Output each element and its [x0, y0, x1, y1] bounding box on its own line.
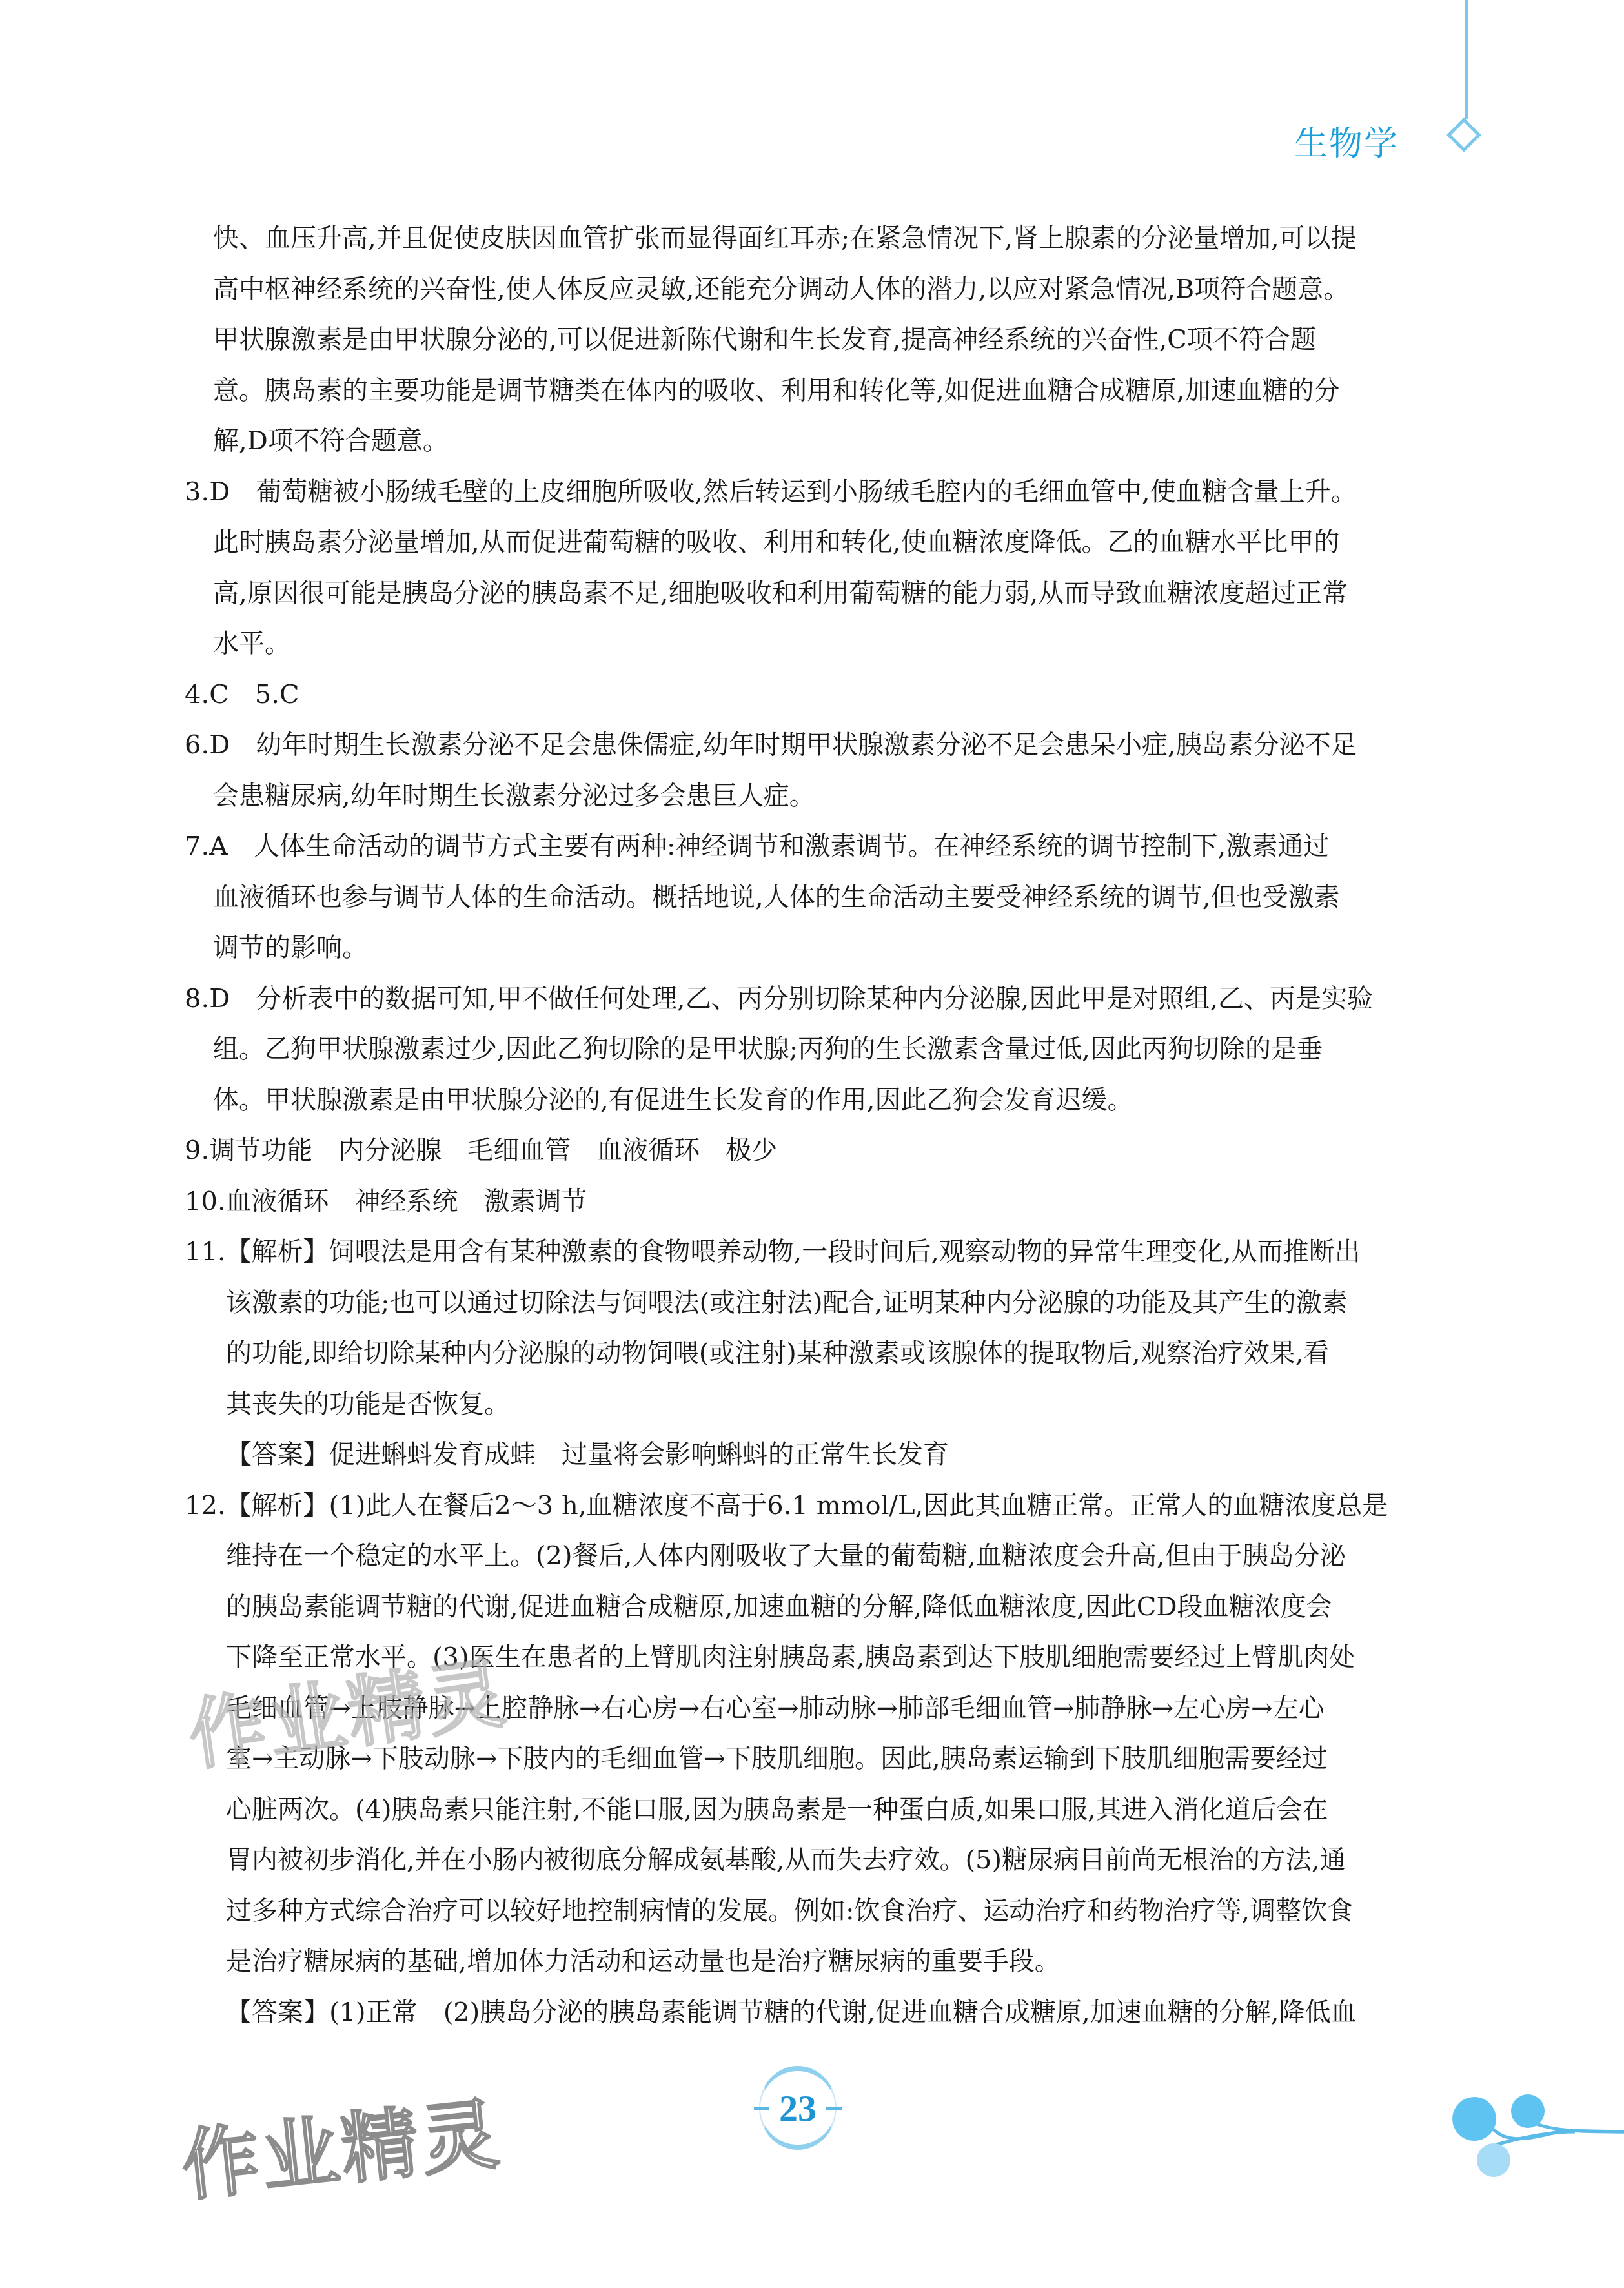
- text-line: 该激素的功能;也可以通过切除法与饲喂法(或注射法)配合,证明某种内分泌腺的功能及…: [185, 1278, 1411, 1329]
- text-line: 的功能,即给切除某种内分泌腺的动物饲喂(或注射)某种激素或该腺体的提取物后,观察…: [185, 1328, 1411, 1379]
- text-line: 胃内被初步消化,并在小肠内被彻底分解成氨基酸,从而失去疗效。(5)糖尿病目前尚无…: [185, 1835, 1411, 1886]
- diamond-icon: [1446, 117, 1481, 152]
- text-line: 维持在一个稳定的水平上。(2)餐后,人体内刚吸收了大量的葡萄糖,血糖浓度会升高,…: [185, 1531, 1411, 1582]
- text-line: 甲状腺激素是由甲状腺分泌的,可以促进新陈代谢和生长发育,提高神经系统的兴奋性,C…: [185, 314, 1411, 365]
- text-line: 其丧失的功能是否恢复。: [185, 1379, 1411, 1430]
- page-number: 23: [753, 2087, 843, 2130]
- text-line: 4.C 5.C: [185, 669, 1411, 720]
- text-line: 的胰岛素能调节糖的代谢,促进血糖合成糖原,加速血糖的分解,降低血糖浓度,因此CD…: [185, 1582, 1411, 1633]
- text-line: 7.A 人体生命活动的调节方式主要有两种:神经调节和激素调节。在神经系统的调节控…: [185, 821, 1411, 872]
- page-number-badge: 23: [753, 2066, 843, 2156]
- text-line: 11.【解析】饲喂法是用含有某种激素的食物喂养动物,一段时间后,观察动物的异常生…: [185, 1227, 1411, 1278]
- text-line: 快、血压升高,并且促使皮肤因血管扩张而显得面红耳赤;在紧急情况下,肾上腺素的分泌…: [185, 213, 1411, 264]
- text-line: 6.D 幼年时期生长激素分泌不足会患侏儒症,幼年时期甲状腺激素分泌不足会患呆小症…: [185, 720, 1411, 771]
- text-line: 12.【解析】(1)此人在餐后2～3 h,血糖浓度不高于6.1 mmol/L,因…: [185, 1480, 1411, 1531]
- subject-title: 生物学: [1294, 116, 1399, 165]
- text-line: 9.调节功能 内分泌腺 毛细血管 血液循环 极少: [185, 1125, 1411, 1176]
- text-line: 3.D 葡萄糖被小肠绒毛壁的上皮细胞所吸收,然后转运到小肠绒毛腔内的毛细血管中,…: [185, 467, 1411, 518]
- text-line: 【答案】(1)正常 (2)胰岛分泌的胰岛素能调节糖的代谢,促进血糖合成糖原,加速…: [185, 1987, 1411, 2038]
- text-line: 10.血液循环 神经系统 激素调节: [185, 1176, 1411, 1227]
- text-line: 体。甲状腺激素是由甲状腺分泌的,有促进生长发育的作用,因此乙狗会发育迟缓。: [185, 1075, 1411, 1126]
- text-line: 过多种方式综合治疗可以较好地控制病情的发展。例如:饮食治疗、运动治疗和药物治疗等…: [185, 1886, 1411, 1937]
- answer-content: 快、血压升高,并且促使皮肤因血管扩张而显得面红耳赤;在紧急情况下,肾上腺素的分泌…: [185, 213, 1411, 2038]
- text-line: 组。乙狗甲状腺激素过少,因此乙狗切除的是甲状腺;丙狗的生长激素含量过低,因此丙狗…: [185, 1024, 1411, 1075]
- text-line: 是治疗糖尿病的基础,增加体力活动和运动量也是治疗糖尿病的重要手段。: [185, 1936, 1411, 1987]
- text-line: 意。胰岛素的主要功能是调节糖类在体内的吸收、利用和转化等,如促进血糖合成糖原,加…: [185, 365, 1411, 416]
- text-line: 高,原因很可能是胰岛分泌的胰岛素不足,细胞吸收和利用葡萄糖的能力弱,从而导致血糖…: [185, 568, 1411, 619]
- text-line: 心脏两次。(4)胰岛素只能注射,不能口服,因为胰岛素是一种蛋白质,如果口服,其进…: [185, 1784, 1411, 1835]
- text-line: 此时胰岛素分泌量增加,从而促进葡萄糖的吸收、利用和转化,使血糖浓度降低。乙的血糖…: [185, 517, 1411, 568]
- text-line: 水平。: [185, 618, 1411, 669]
- text-line: 【答案】促进蝌蚪发育成蛙 过量将会影响蝌蚪的正常生长发育: [185, 1429, 1411, 1480]
- header-vertical-line: [1465, 0, 1468, 119]
- text-line: 血液循环也参与调节人体的生命活动。概括地说,人体的生命活动主要受神经系统的调节,…: [185, 872, 1411, 923]
- watermark-logo: 作业精灵: [176, 2072, 505, 2216]
- text-line: 调节的影响。: [185, 923, 1411, 974]
- text-line: 8.D 分析表中的数据可知,甲不做任何处理,乙、丙分别切除某种内分泌腺,因此甲是…: [185, 974, 1411, 1025]
- text-line: 解,D项不符合题意。: [185, 416, 1411, 467]
- text-line: 高中枢神经系统的兴奋性,使人体反应灵敏,还能充分调动人体的潜力,以应对紧急情况,…: [185, 264, 1411, 315]
- text-line: 会患糖尿病,幼年时期生长激素分泌过多会患巨人症。: [185, 771, 1411, 822]
- decorative-dots-icon: [1452, 2053, 1624, 2182]
